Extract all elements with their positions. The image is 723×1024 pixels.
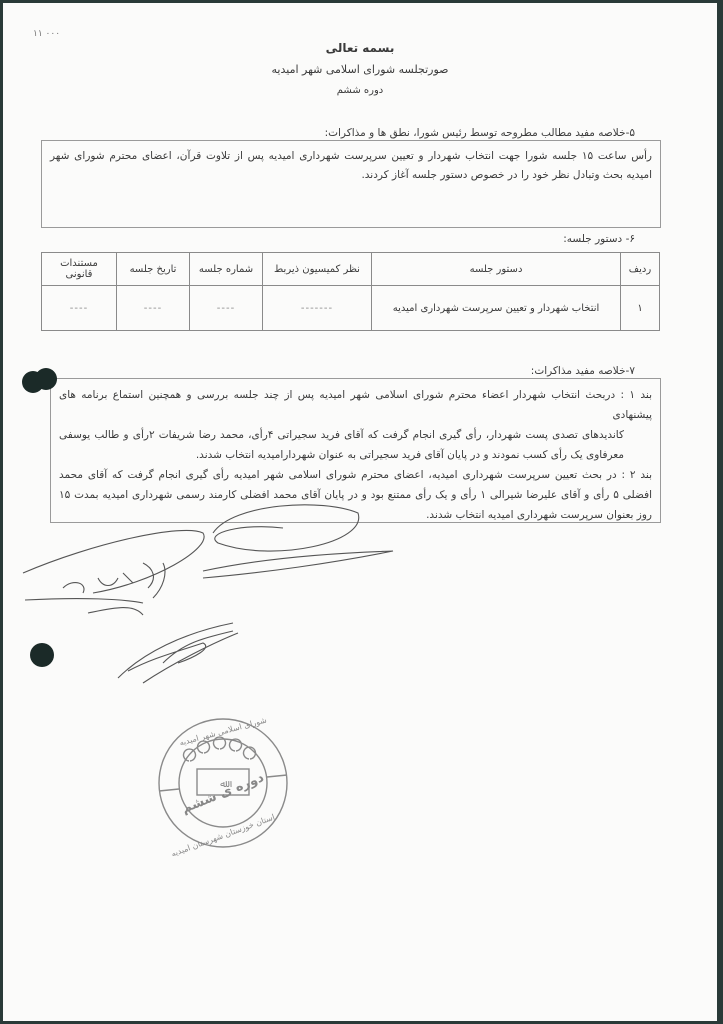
- document-page: ۱۱ ۰۰۰ بسمه تعالی صورتجلسه شورای اسلامی …: [3, 3, 717, 1021]
- signatures-graphic: ﷲ: [3, 3, 717, 1021]
